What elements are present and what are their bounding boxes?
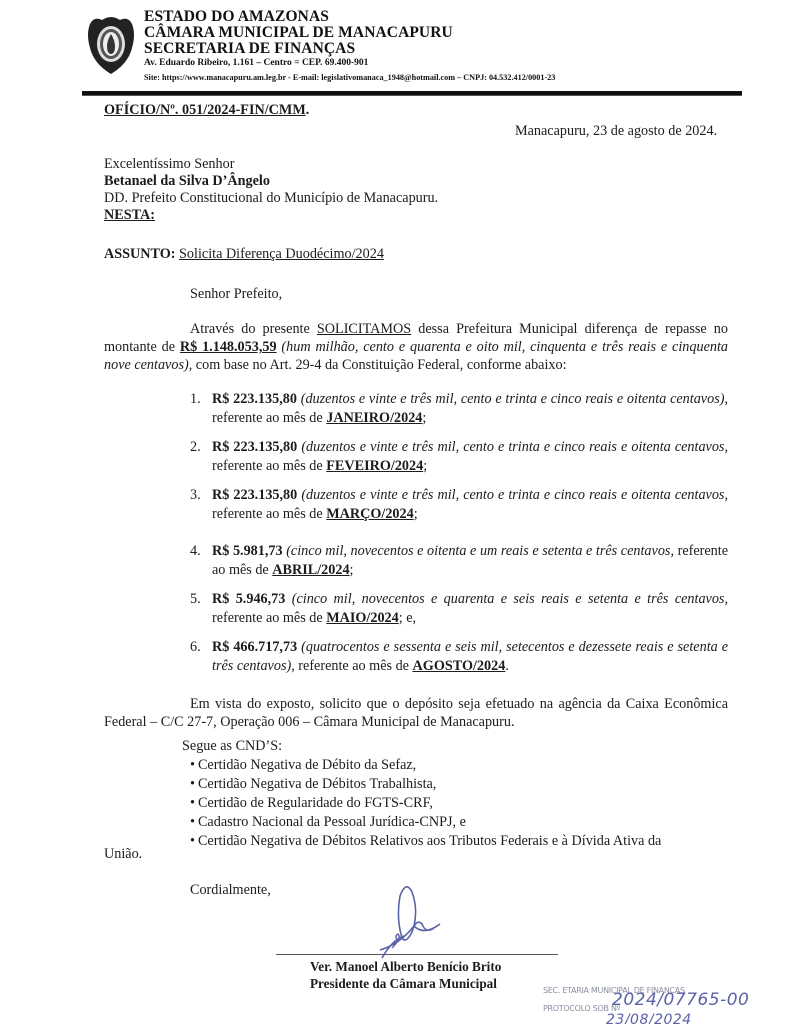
cnd-item: Cadastro Nacional da Pessoal Jurídica-CN… (190, 814, 466, 831)
item-body: R$ 223.135,80 (duzentos e vinte e três m… (212, 390, 728, 428)
item-amount-words: (duzentos e vinte e três mil, cento e tr… (297, 439, 724, 455)
item-month: AGOSTO/2024 (413, 658, 506, 674)
item-amount: R$ 223.135,80 (212, 487, 297, 503)
date-line: Manacapuru, 23 de agosto de 2024. (515, 123, 717, 140)
greeting: Senhor Prefeito, (190, 286, 282, 303)
item-amount-words: (duzentos e vinte e três mil, cento e tr… (297, 391, 725, 407)
cnd-last-wrap: União. (104, 846, 142, 863)
deposit-line-1: Em vista do exposto, solicito que o depó… (190, 696, 659, 712)
cnd-item: Certidão Negativa de Débito da Sefaz, (190, 757, 416, 774)
item-number: 3. (190, 486, 201, 505)
signatory-title: Presidente da Câmara Municipal (310, 975, 497, 992)
item-tail: ; (423, 458, 427, 474)
closing: Cordialmente, (190, 882, 271, 899)
item-body: R$ 223.135,80 (duzentos e vinte e três m… (212, 438, 728, 476)
deposit-paragraph: Em vista do exposto, solicito que o depó… (104, 695, 728, 731)
item-tail: ; e, (399, 610, 416, 626)
letterhead-address: Av. Eduardo Ribeiro, 1.161 – Centro = CE… (144, 58, 368, 68)
item-amount-words: (cinco mil, novecentos e quarenta e seis… (285, 591, 728, 607)
intro-text-1: Através do presente (190, 321, 317, 337)
nesta-label: NESTA: (104, 207, 155, 224)
signature-line (276, 954, 558, 955)
item-amount: R$ 5.946,73 (212, 591, 285, 607)
item-body: R$ 466.717,73 (quatrocentos e sessenta e… (212, 638, 728, 676)
item-reference: referente ao mês de (212, 610, 326, 626)
subject-line: ASSUNTO: Solicita Diferença Duodécimo/20… (104, 246, 384, 263)
item-amount: R$ 466.717,73 (212, 639, 297, 655)
payment-item: 3.R$ 223.135,80 (duzentos e vinte e três… (190, 486, 728, 524)
item-month: MAIO/2024 (326, 610, 399, 626)
item-amount: R$ 223.135,80 (212, 439, 297, 455)
payment-item: 5.R$ 5.946,73 (cinco mil, novecentos e q… (190, 590, 728, 628)
intro-paragraph: Através do presente SOLICITAMOS dessa Pr… (104, 320, 728, 374)
payment-item: 1.R$ 223.135,80 (duzentos e vinte e três… (190, 390, 728, 428)
payment-item: 4.R$ 5.981,73 (cinco mil, novecentos e o… (190, 542, 728, 580)
item-amount: R$ 223.135,80 (212, 391, 297, 407)
cnds-label: Segue as CND’S: (182, 738, 282, 755)
cnd-item: Certidão Negativa de Débitos Trabalhista… (190, 776, 436, 793)
item-number: 6. (190, 638, 201, 657)
intro-text-3: , com base no Art. 29-4 da Constituição … (189, 357, 567, 373)
oficio-number-text: OFÍCIO/Nº. 051/2024-FIN/CMM (104, 102, 306, 118)
oficio-period: . (306, 102, 310, 118)
addressee-salutation: Excelentíssimo Senhor (104, 156, 234, 173)
item-number: 4. (190, 542, 201, 561)
item-body: R$ 223.135,80 (duzentos e vinte e três m… (212, 486, 728, 524)
cnd-item: Certidão Negativa de Débitos Relativos a… (190, 833, 728, 850)
coat-of-arms-icon (86, 14, 136, 76)
item-month: JANEIRO/2024 (326, 410, 422, 426)
item-month: MARÇO/2024 (326, 506, 413, 522)
item-number: 2. (190, 438, 201, 457)
item-tail: ; (350, 562, 354, 578)
payment-item: 6.R$ 466.717,73 (quatrocentos e sessenta… (190, 638, 728, 676)
item-month: FEVEIRO/2024 (326, 458, 423, 474)
letterhead-secretariat: SECRETARIA DE FINANÇAS (144, 40, 355, 58)
stamp-protocol-number: 2024/07765-00 (612, 990, 749, 1010)
payment-item: 2.R$ 223.135,80 (duzentos e vinte e três… (190, 438, 728, 476)
item-body: R$ 5.946,73 (cinco mil, novecentos e qua… (212, 590, 728, 628)
subject-label: ASSUNTO: (104, 246, 176, 262)
subject-text: Solicita Diferença Duodécimo/2024 (179, 246, 384, 262)
oficio-number: OFÍCIO/Nº. 051/2024-FIN/CMM. (104, 102, 309, 119)
letterhead-contact: Site: https://www.manacapuru.am.leg.br -… (144, 73, 555, 82)
item-tail: . (505, 658, 509, 674)
item-tail: ; (414, 506, 418, 522)
item-amount-words: (cinco mil, novecentos e oitenta e um re… (283, 543, 674, 559)
header-rule (82, 91, 742, 96)
item-body: R$ 5.981,73 (cinco mil, novecentos e oit… (212, 542, 728, 580)
item-number: 1. (190, 390, 201, 409)
item-tail: ; (422, 410, 426, 426)
addressee-name: Betanael da Silva D’Ângelo (104, 173, 270, 190)
intro-total: R$ 1.148.053,59 (180, 339, 277, 355)
signature-icon (352, 878, 452, 962)
stamp-date: 23/08/2024 (606, 1012, 692, 1024)
item-reference: , referente ao mês de (291, 658, 412, 674)
item-amount-words: (duzentos e vinte e três mil, cento e tr… (297, 487, 724, 503)
item-month: ABRIL/2024 (272, 562, 349, 578)
addressee-role: DD. Prefeito Constitucional do Município… (104, 190, 438, 207)
signatory-name: Ver. Manoel Alberto Benício Brito (310, 958, 501, 975)
item-amount: R$ 5.981,73 (212, 543, 283, 559)
item-number: 5. (190, 590, 201, 609)
cnd-item: Certidão de Regularidade do FGTS-CRF, (190, 795, 433, 812)
intro-solicitamos: SOLICITAMOS (317, 321, 411, 337)
